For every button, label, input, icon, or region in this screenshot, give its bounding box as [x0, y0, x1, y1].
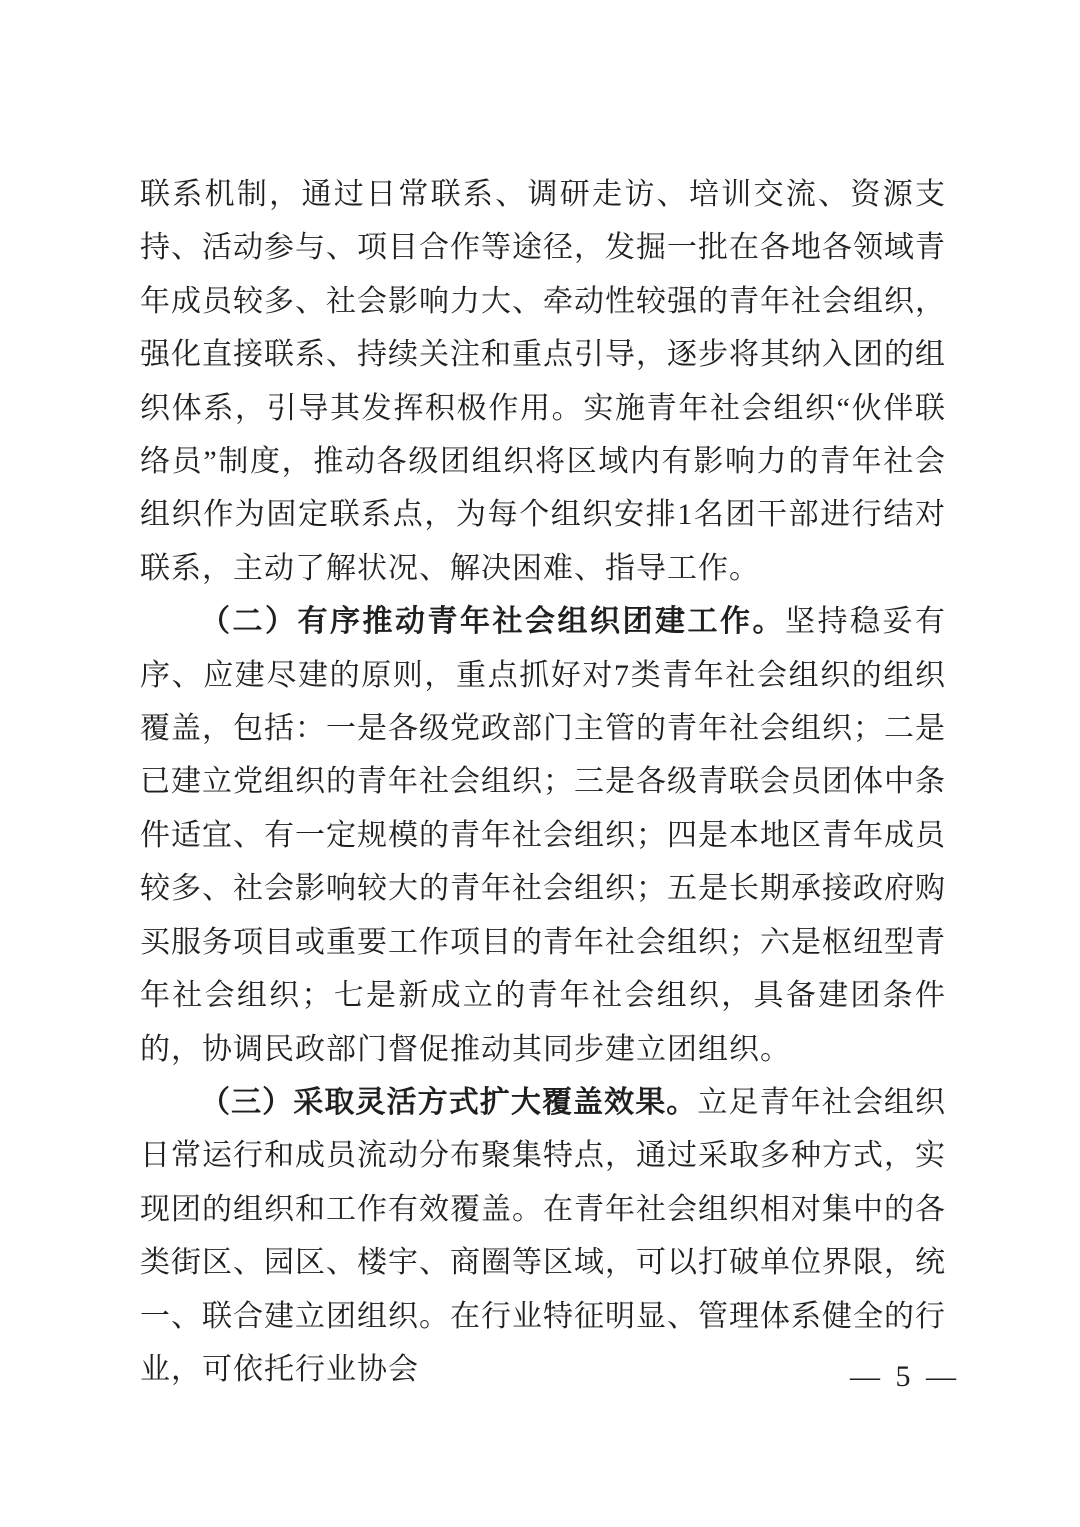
- body-text: 坚持稳妥有序、应建尽建的原则，重点抓好对7类青年社会组织的组织覆盖，包括：一是各…: [140, 605, 946, 1065]
- document-page: 联系机制，通过日常联系、调研走访、培训交流、资源支持、活动参与、项目合作等途径，…: [0, 0, 1080, 1527]
- body-text: 联系机制，通过日常联系、调研走访、培训交流、资源支持、活动参与、项目合作等途径，…: [140, 178, 946, 585]
- paragraph: （二）有序推动青年社会组织团建工作。坚持稳妥有序、应建尽建的原则，重点抓好对7类…: [140, 595, 946, 1076]
- body-text: 立足青年社会组织日常运行和成员流动分布聚集特点，通过采取多种方式，实现团的组织和…: [140, 1086, 946, 1386]
- paragraph: （三）采取灵活方式扩大覆盖效果。立足青年社会组织日常运行和成员流动分布聚集特点，…: [140, 1076, 946, 1396]
- section-heading: （三）采取灵活方式扩大覆盖效果。: [200, 1086, 697, 1119]
- page-number: — 5 —: [850, 1360, 960, 1394]
- document-body: 联系机制，通过日常联系、调研走访、培训交流、资源支持、活动参与、项目合作等途径，…: [140, 168, 946, 1396]
- paragraph: 联系机制，通过日常联系、调研走访、培训交流、资源支持、活动参与、项目合作等途径，…: [140, 168, 946, 595]
- section-heading: （二）有序推动青年社会组织团建工作。: [200, 605, 785, 638]
